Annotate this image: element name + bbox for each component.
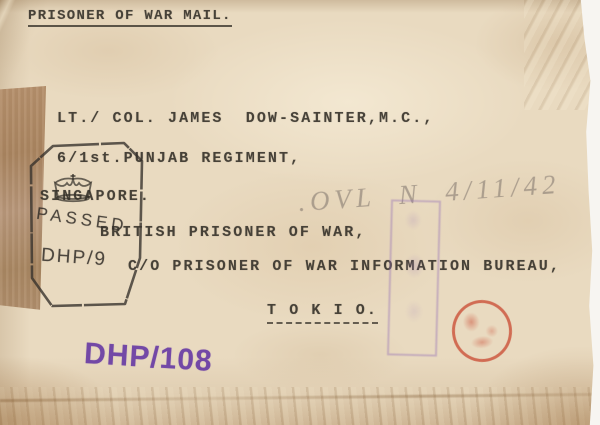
envelope-scan: PRISONER OF WAR MAIL. LT./ COL. JAMES DO… xyxy=(0,0,600,425)
crease-top-right xyxy=(524,0,594,110)
red-chop-stamp xyxy=(449,297,515,365)
address-line-recipient: LT./ COL. JAMES DOW-SAINTER,M.C., xyxy=(57,110,434,127)
stain xyxy=(230,320,410,390)
dhp-108-handstamp: DHP/108 xyxy=(83,337,214,379)
crease-bottom xyxy=(0,393,600,402)
address-line-tokio: T O K I O. xyxy=(267,302,378,324)
address-line-bureau: C/O PRISONER OF WAR INFORMATION BUREAU, xyxy=(128,258,561,275)
censor-code-label: DHP/9 xyxy=(40,245,107,272)
wrinkles-bottom xyxy=(0,387,600,425)
pow-mail-heading: PRISONER OF WAR MAIL. xyxy=(28,8,232,27)
crown-icon xyxy=(51,171,95,203)
japanese-censor-box-stamp xyxy=(387,199,441,356)
